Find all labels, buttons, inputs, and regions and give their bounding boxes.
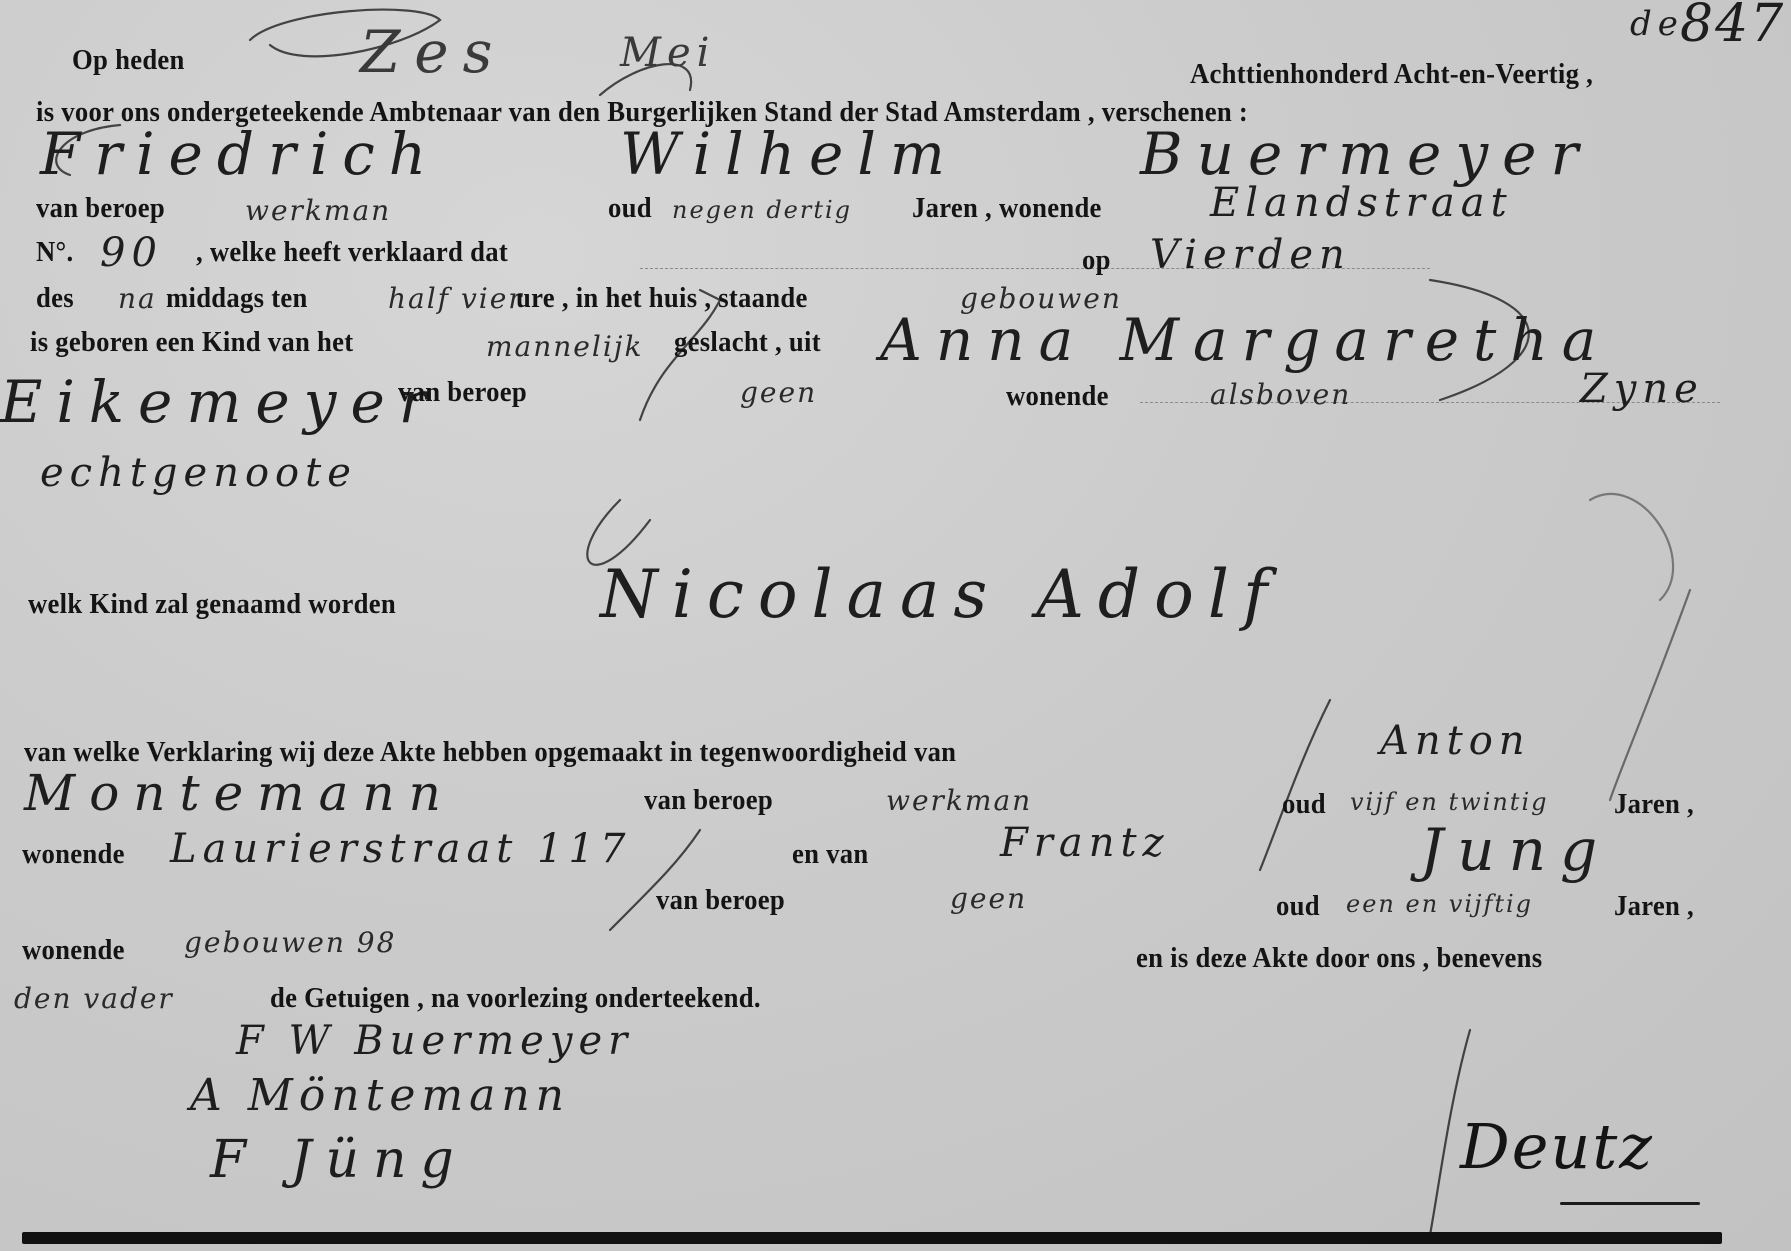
printed-op-heden: Op heden xyxy=(72,44,185,77)
printed-oud-w2: oud xyxy=(1276,890,1320,923)
printed-wonende-w2: wonende xyxy=(22,934,125,967)
handwritten-declarant-middle: Wilhelm xyxy=(620,120,959,188)
handwritten-declarant-age: negen dertig xyxy=(672,196,852,224)
printed-oud: oud xyxy=(608,192,652,225)
handwritten-witness1-residence: Laurierstraat 117 xyxy=(170,826,631,872)
handwritten-witness2-residence: gebouwen 98 xyxy=(184,926,396,959)
handwritten-witness2-last: Jung xyxy=(1420,816,1611,884)
printed-verklaard-dat: , welke heeft verklaard dat xyxy=(196,236,508,269)
handwritten-witness2-occupation: geen xyxy=(950,882,1027,915)
handwritten-mother-note-zyne: Zyne xyxy=(1580,366,1704,412)
handwritten-child-sex: mannelijk xyxy=(486,330,643,363)
printed-op: op xyxy=(1082,244,1111,277)
printed-closing-line: de Getuigen , na voorlezing onderteekend… xyxy=(270,982,761,1015)
handwritten-witness1-last: Montemann xyxy=(24,764,455,822)
handwritten-date-day: Zes xyxy=(360,18,506,86)
handwritten-date-month: Mei xyxy=(620,30,715,76)
handwritten-house-number: 90 xyxy=(100,230,163,276)
printed-year: Achttienhonderd Acht-en-Veertig , xyxy=(1190,58,1593,91)
bottom-border-rule xyxy=(22,1232,1722,1244)
handwritten-witness1-age: vijf en twintig xyxy=(1350,788,1548,816)
printed-kind-genaamd: welk Kind zal genaamd worden xyxy=(28,588,396,621)
printed-jaren-w1: Jaren , xyxy=(1614,788,1694,821)
handwritten-declarant-first: Friedrich xyxy=(40,120,440,188)
handwritten-mother-last: Eikemeyer xyxy=(0,368,441,436)
akte-number-prefix: de xyxy=(1630,4,1684,44)
printed-geslacht-uit: geslacht , uit xyxy=(674,326,821,359)
printed-van-beroep-mother: van beroep xyxy=(398,376,527,409)
printed-jaren-wonende: Jaren , wonende xyxy=(912,192,1102,225)
akte-number: 847 xyxy=(1680,0,1785,54)
printed-geboren-kind: is geboren een Kind van het xyxy=(30,326,353,359)
printed-akte-door-ons: en is deze Akte door ons , benevens xyxy=(1136,942,1542,975)
printed-des: des xyxy=(36,282,74,315)
signature-witness2: F Jüng xyxy=(210,1130,468,1190)
handwritten-mother-first: Anna Margaretha xyxy=(880,306,1610,374)
handwritten-part-of-day: na xyxy=(118,282,157,315)
handwritten-child-name: Nicolaas Adolf xyxy=(600,556,1281,633)
printed-jaren-w2: Jaren , xyxy=(1614,890,1694,923)
handwritten-declarant-last: Buermeyer xyxy=(1140,120,1592,188)
handwritten-witness1-first: Anton xyxy=(1380,718,1531,764)
signature-underline xyxy=(1560,1202,1700,1205)
printed-ure-huis-staande: ure , in het huis , staande xyxy=(516,282,808,315)
printed-number-sign: N°. xyxy=(36,236,73,269)
handwritten-mother-note-echtgenoote: echtgenoote xyxy=(40,450,357,496)
handwritten-witness2-age: een en vijftig xyxy=(1346,890,1533,918)
handwritten-witness2-first: Frantz xyxy=(1000,820,1170,866)
printed-wonende-w1: wonende xyxy=(22,838,125,871)
handwritten-declarant-occupation: werkman xyxy=(245,194,391,227)
signature-witness1: A Möntemann xyxy=(190,1070,570,1121)
scanned-document-page: Op heden Zes Mei Achttienhonderd Acht-en… xyxy=(0,0,1791,1251)
printed-wonende-mother: wonende xyxy=(1006,380,1109,413)
printed-en-van: en van xyxy=(792,838,869,871)
printed-van-beroep-w1: van beroep xyxy=(644,784,773,817)
printed-middags-ten-label: middags ten xyxy=(166,282,308,315)
handwritten-witness1-occupation: werkman xyxy=(886,784,1032,817)
handwritten-mother-occupation: geen xyxy=(740,376,817,409)
handwritten-mother-residence: alsboven xyxy=(1210,378,1351,411)
printed-van-beroep: van beroep xyxy=(36,192,165,225)
printed-van-beroep-w2: van beroep xyxy=(656,884,785,917)
signature-official: Deutz xyxy=(1460,1110,1654,1183)
printed-oud-w1: oud xyxy=(1282,788,1326,821)
signature-declarant: F W Buermeyer xyxy=(236,1018,633,1064)
handwritten-birth-day: Vierden xyxy=(1150,232,1351,278)
handwritten-closing-prefix: den vader xyxy=(14,982,174,1015)
handwritten-declarant-street: Elandstraat xyxy=(1210,180,1513,226)
handwritten-birth-time: half vier xyxy=(388,282,524,315)
